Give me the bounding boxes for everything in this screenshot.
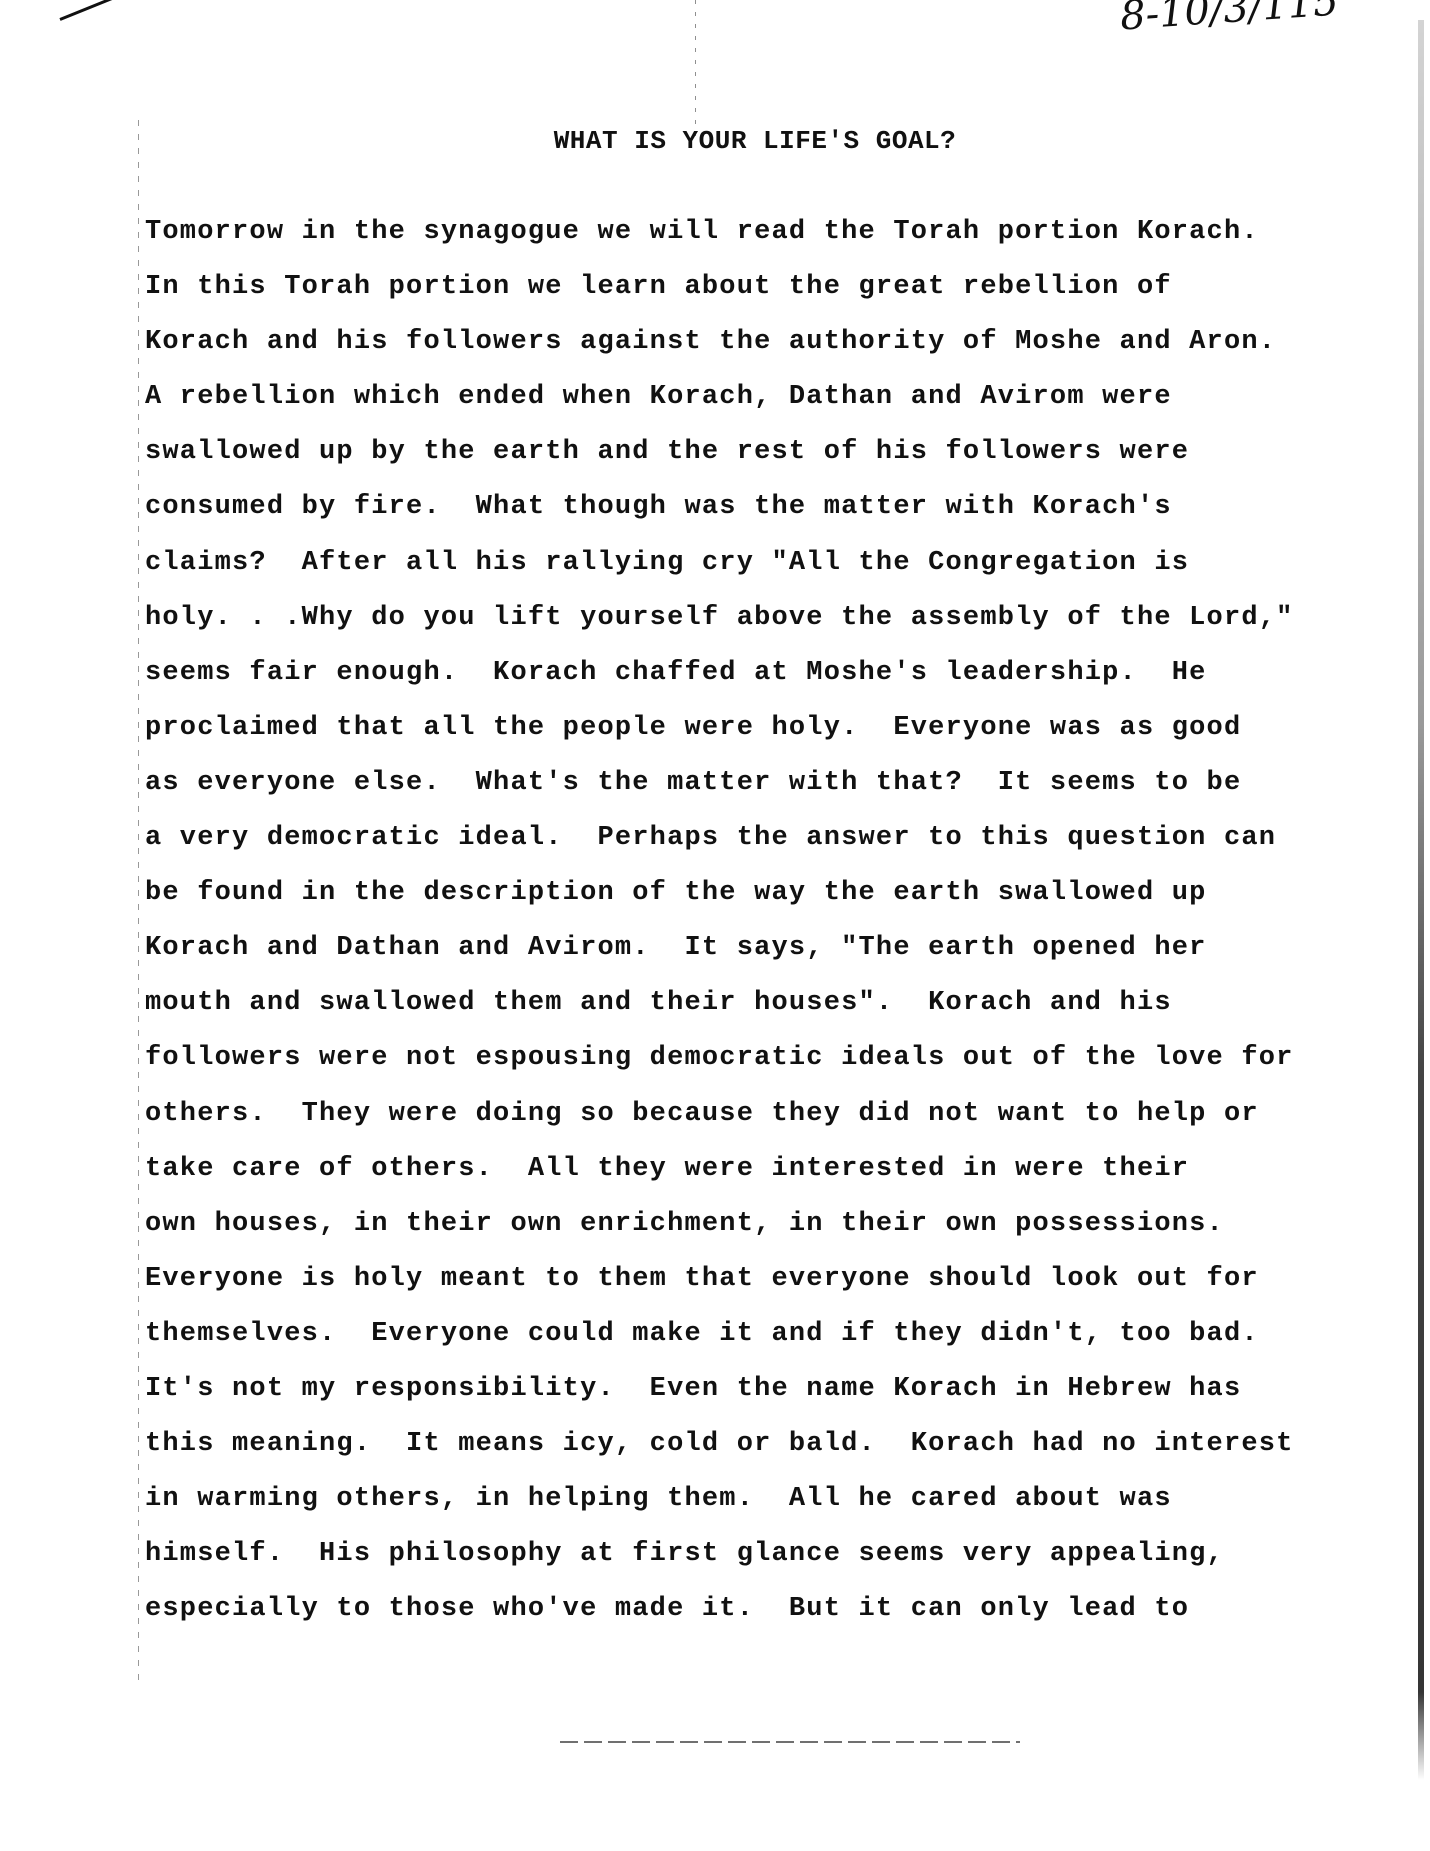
- text-line: in warming others, in helping them. All …: [145, 1472, 1305, 1527]
- text-line: It's not my responsibility. Even the nam…: [145, 1362, 1305, 1417]
- document-body: Tomorrow in the synagogue we will read t…: [145, 205, 1305, 1637]
- scan-edge-shadow: [1418, 20, 1424, 1780]
- text-line: followers were not espousing democratic …: [145, 1031, 1305, 1086]
- text-line: seems fair enough. Korach chaffed at Mos…: [145, 646, 1305, 701]
- pen-mark: [59, 0, 125, 21]
- text-line: especially to those who've made it. But …: [145, 1582, 1305, 1637]
- text-line: mouth and swallowed them and their house…: [145, 976, 1305, 1031]
- text-line: a very democratic ideal. Perhaps the ans…: [145, 811, 1305, 866]
- text-line: A rebellion which ended when Korach, Dat…: [145, 370, 1305, 425]
- text-line: consumed by fire. What though was the ma…: [145, 480, 1305, 535]
- text-line: take care of others. All they were inter…: [145, 1142, 1305, 1197]
- scan-artifact-line: [560, 1741, 1020, 1743]
- text-line: as everyone else. What's the matter with…: [145, 756, 1305, 811]
- text-line: himself. His philosophy at first glance …: [145, 1527, 1305, 1582]
- text-line: claims? After all his rallying cry "All …: [145, 536, 1305, 591]
- text-line: swallowed up by the earth and the rest o…: [145, 425, 1305, 480]
- left-margin-rule: [138, 120, 139, 1680]
- text-line: holy. . .Why do you lift yourself above …: [145, 591, 1305, 646]
- text-line: this meaning. It means icy, cold or bald…: [145, 1417, 1305, 1472]
- text-line: own houses, in their own enrichment, in …: [145, 1197, 1305, 1252]
- text-line: Everyone is holy meant to them that ever…: [145, 1252, 1305, 1307]
- text-line: themselves. Everyone could make it and i…: [145, 1307, 1305, 1362]
- text-line: proclaimed that all the people were holy…: [145, 701, 1305, 756]
- text-line: Korach and Dathan and Avirom. It says, "…: [145, 921, 1305, 976]
- document-title: WHAT IS YOUR LIFE'S GOAL?: [0, 126, 1430, 156]
- text-line: be found in the description of the way t…: [145, 866, 1305, 921]
- text-line: Tomorrow in the synagogue we will read t…: [145, 205, 1305, 260]
- fold-line: [695, 0, 696, 140]
- text-line: others. They were doing so because they …: [145, 1087, 1305, 1142]
- handwritten-note: 8-10/3/115: [1119, 0, 1340, 40]
- document-page: 8-10/3/115 WHAT IS YOUR LIFE'S GOAL? Tom…: [0, 0, 1430, 1851]
- text-line: Korach and his followers against the aut…: [145, 315, 1305, 370]
- text-line: In this Torah portion we learn about the…: [145, 260, 1305, 315]
